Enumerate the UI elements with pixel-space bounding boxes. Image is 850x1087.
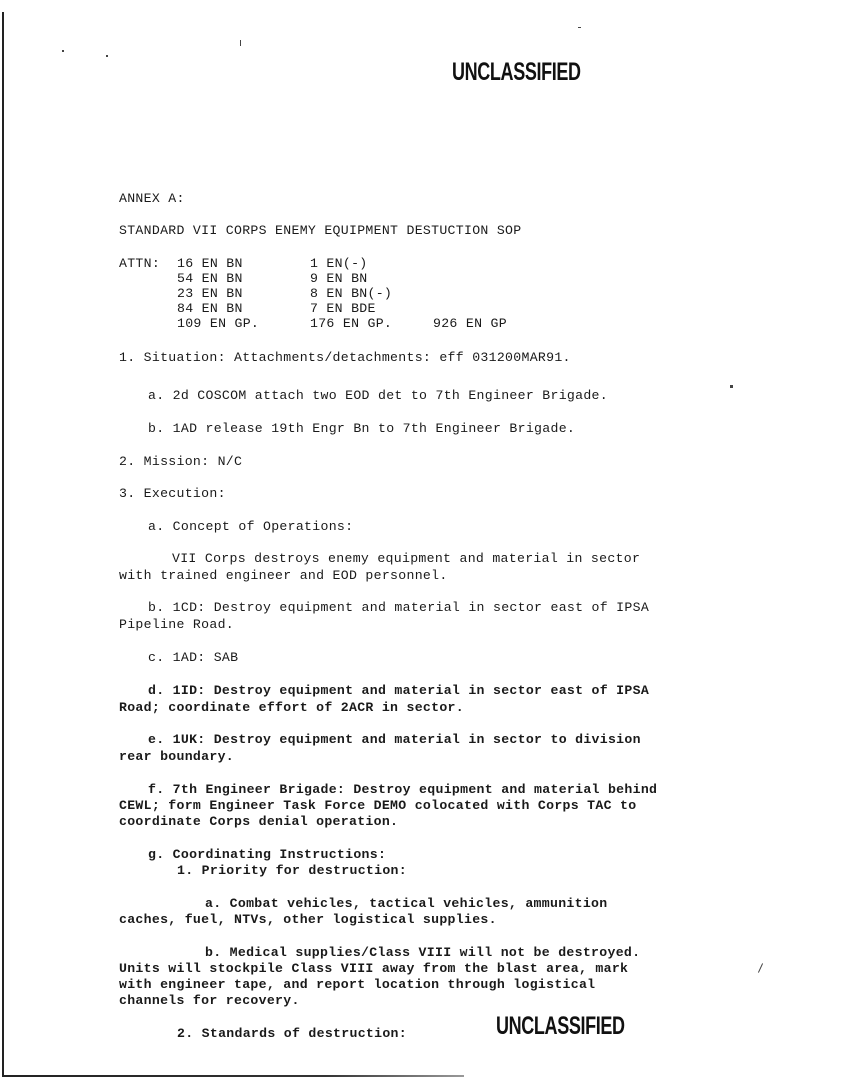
concept-text: with trained engineer and EOD personnel.	[119, 568, 448, 583]
section-1id: Road; coordinate effort of 2ACR in secto…	[119, 700, 464, 715]
attn-unit: 1 EN(-)	[310, 256, 368, 271]
section-standards: 2. Standards of destruction:	[177, 1026, 407, 1041]
section-concept: a. Concept of Operations:	[148, 519, 353, 534]
section-situation: 1. Situation: Attachments/detachments: e…	[119, 350, 571, 365]
scan-speck	[106, 55, 108, 57]
section-1cd: b. 1CD: Destroy equipment and material i…	[148, 600, 649, 615]
attn-unit: 109 EN GP.	[177, 316, 259, 331]
classification-stamp-bottom: UNCLASSIFIED	[496, 1012, 625, 1041]
attn-label: ATTN:	[119, 256, 160, 271]
scan-speck	[730, 385, 733, 388]
page-border-left	[2, 12, 4, 1076]
scan-speck	[62, 50, 64, 52]
attn-unit: 23 EN BN	[177, 286, 243, 301]
priority-a: a. Combat vehicles, tactical vehicles, a…	[205, 896, 607, 911]
annex-heading: ANNEX A:	[119, 191, 185, 206]
section-1uk: rear boundary.	[119, 749, 234, 764]
section-coordinating: g. Coordinating Instructions:	[148, 847, 386, 862]
priority-a: caches, fuel, NTVs, other logistical sup…	[119, 912, 497, 927]
document-title: STANDARD VII CORPS ENEMY EQUIPMENT DESTU…	[119, 223, 521, 238]
priority-b: b. Medical supplies/Class VIII will not …	[205, 945, 640, 960]
attn-unit: 176 EN GP.	[310, 316, 392, 331]
classification-stamp-top: UNCLASSIFIED	[452, 58, 581, 87]
section-execution: 3. Execution:	[119, 486, 226, 501]
attn-unit: 54 EN BN	[177, 271, 243, 286]
section-1ad: c. 1AD: SAB	[148, 650, 238, 665]
attn-unit: 16 EN BN	[177, 256, 243, 271]
scan-speck	[578, 27, 581, 28]
priority-b: with engineer tape, and report location …	[119, 977, 595, 992]
attn-unit: 8 EN BN(-)	[310, 286, 392, 301]
section-1cd: Pipeline Road.	[119, 617, 234, 632]
scan-speck	[240, 40, 241, 46]
check-mark	[758, 963, 763, 972]
section-1uk: e. 1UK: Destroy equipment and material i…	[148, 732, 641, 747]
priority-b: Units will stockpile Class VIII away fro…	[119, 961, 628, 976]
attn-unit: 7 EN BDE	[310, 301, 376, 316]
section-1id: d. 1ID: Destroy equipment and material i…	[148, 683, 649, 698]
concept-text: VII Corps destroys enemy equipment and m…	[172, 551, 640, 566]
section-situation-b: b. 1AD release 19th Engr Bn to 7th Engin…	[148, 421, 575, 436]
attn-unit: 84 EN BN	[177, 301, 243, 316]
section-7th-engineer: coordinate Corps denial operation.	[119, 814, 398, 829]
attn-unit: 9 EN BN	[310, 271, 368, 286]
section-7th-engineer: CEWL; form Engineer Task Force DEMO colo…	[119, 798, 636, 813]
section-situation-a: a. 2d COSCOM attach two EOD det to 7th E…	[148, 388, 608, 403]
page-border-bottom	[2, 1075, 464, 1077]
section-priority: 1. Priority for destruction:	[177, 863, 407, 878]
section-mission: 2. Mission: N/C	[119, 454, 242, 469]
priority-b: channels for recovery.	[119, 993, 300, 1008]
section-7th-engineer: f. 7th Engineer Brigade: Destroy equipme…	[148, 782, 657, 797]
attn-unit: 926 EN GP	[433, 316, 507, 331]
